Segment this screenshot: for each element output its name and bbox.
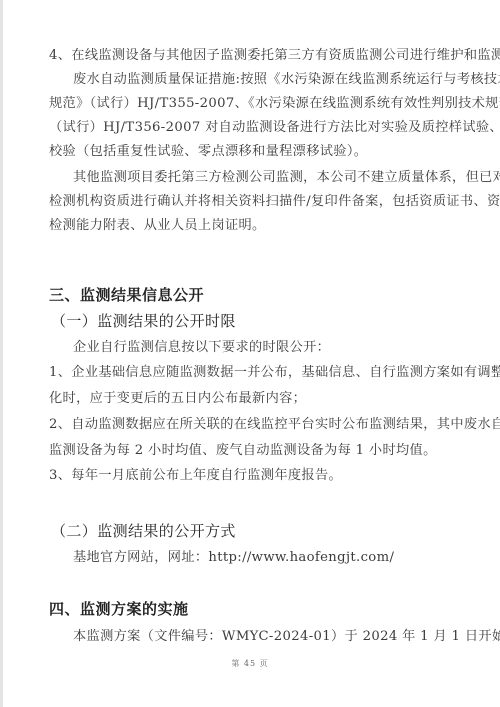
qa-paragraph-line-4: 校验（包括重复性试验、零点漂移和量程漂移试验）。 — [49, 144, 367, 160]
other-paragraph-line-3: 检测能力附表、从业人员上岗证明。 — [49, 218, 266, 234]
section-3-1-item-2-line-2: 监测设备为每 2 小时均值、废气自动监测设备为每 1 小时均值。 — [49, 443, 437, 459]
section-3-heading: 三、监测结果信息公开 — [49, 286, 204, 304]
section-3-2-website-text: 基地官方网站，网址：http://www.haofengjt.com/ — [73, 550, 394, 566]
qa-paragraph-line-1: 废水自动监测质量保证措施:按照《水污染源在线监测系统运行与考核技术 — [73, 72, 500, 88]
section-3-1-item-2-line-1: 2、自动监测数据应在所关联的在线监控平台实时公布监测结果，其中废水自动 — [49, 417, 500, 433]
section-3-1-item-1-line-2: 化时，应于变更后的五日内公布最新内容； — [49, 391, 306, 407]
section-3-2-heading: （二）监测结果的公开方式 — [51, 522, 236, 540]
other-paragraph-line-2: 检测机构资质进行确认并将相关资料扫描件/复印件备案，包括资质证书、资质 — [49, 194, 500, 210]
section-4-text: 本监测方案（文件编号：WMYC-2024-01）于 2024 年 1 月 1 日… — [73, 629, 500, 645]
section-3-1-item-3: 3、每年一月底前公布上年度自行监测年度报告。 — [49, 468, 342, 484]
paragraph-item-4: 4、在线监测设备与其他因子监测委托第三方有资质监测公司进行维护和监测。 — [49, 48, 500, 64]
section-3-1-heading: （一）监测结果的公开时限 — [51, 312, 236, 330]
section-3-1-item-1-line-1: 1、企业基础信息应随监测数据一并公布，基础信息、自行监测方案如有调整变 — [49, 365, 500, 381]
section-4-heading: 四、监测方案的实施 — [49, 600, 189, 618]
qa-paragraph-line-2: 规范》（试行）HJ/T355-2007、《水污染源在线监测系统有效性判别技术规范… — [49, 96, 500, 112]
document-page: 4、在线监测设备与其他因子监测委托第三方有资质监测公司进行维护和监测。 废水自动… — [0, 0, 500, 707]
qa-paragraph-line-3: （试行）HJ/T356-2007 对自动监测设备进行方法比对实验及质控样试验、现… — [49, 120, 500, 136]
page-number: 第 45 页 — [0, 658, 500, 669]
other-paragraph-line-1: 其他监测项目委托第三方检测公司监测，本公司不建立质量体系，但已对 — [73, 170, 500, 186]
section-3-1-intro: 企业自行监测信息按以下要求的时限公开： — [73, 340, 330, 356]
